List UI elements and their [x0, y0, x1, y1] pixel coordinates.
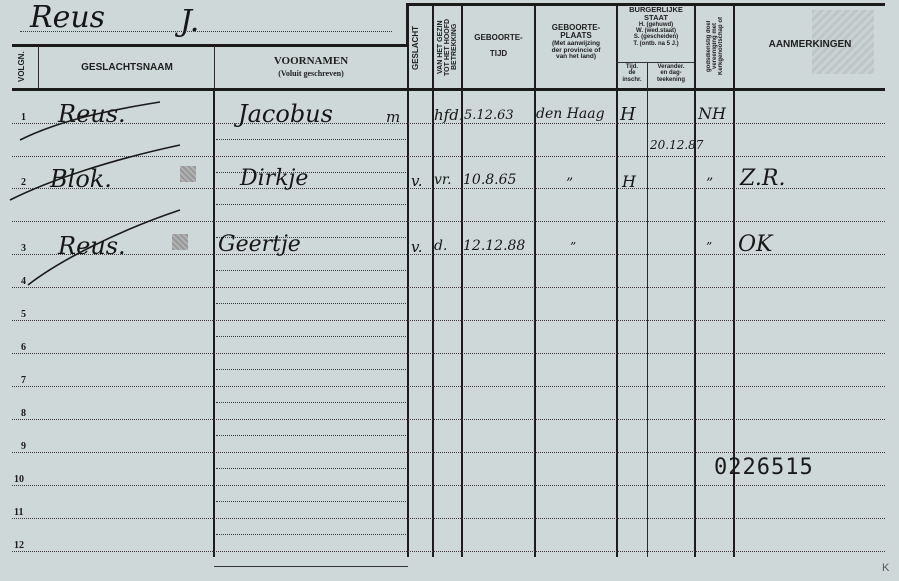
title-underline — [20, 31, 392, 32]
row-number: 12 — [14, 540, 24, 551]
row2-birth-date: 10.8.65 — [463, 172, 516, 188]
kerk-line: vereeniging met — [712, 6, 718, 86]
betrekking-line: BETREKKING — [451, 8, 458, 86]
corner-mark: K — [882, 562, 889, 574]
row-line — [12, 353, 885, 354]
header-top-rule-left — [12, 44, 408, 47]
pen-strokes — [0, 90, 220, 290]
row2-sex: v. — [411, 172, 422, 190]
burgerlijke-line: STAAT — [618, 14, 694, 22]
voornamen-subline — [216, 270, 406, 271]
col-divider — [534, 4, 536, 557]
voornamen-subline — [216, 501, 406, 502]
row3-sex: v. — [411, 238, 422, 256]
col-divider — [407, 4, 409, 557]
row1-sex: m — [386, 108, 400, 126]
voornamen-subline — [216, 435, 406, 436]
row2-given-names: Dirkje — [240, 166, 308, 191]
col-header-betrekking: BETREKKING TOT HET HOOFD VAN HET GEZIN — [434, 8, 461, 88]
voornamen-subline — [216, 402, 406, 403]
row-line — [12, 485, 885, 486]
row2-remarks: Z.R. — [740, 166, 785, 191]
row1-relation: hfd. — [434, 106, 464, 124]
col-divider — [616, 4, 618, 557]
row3-given-names: Geertje — [218, 232, 301, 257]
row2-civil-status: H — [622, 172, 636, 191]
betrekking-line: VAN HET GEZIN — [437, 8, 444, 86]
col-divider — [214, 46, 215, 88]
row3-birth-place: ” — [570, 240, 576, 254]
row-line — [12, 419, 885, 420]
row2-birth-place: ” — [566, 176, 573, 192]
col-header-burgerlijke-staat: BURGERLIJKE STAAT H. (gehuwd) W. (wed.st… — [618, 6, 694, 47]
row1-religion: NH — [698, 104, 726, 123]
col-header-aanmerkingen: AANMERKINGEN — [735, 40, 885, 51]
row3-birth-date: 12.12.88 — [463, 238, 525, 254]
kerk-line: godsdienstig doel — [706, 6, 712, 86]
population-register-card: Reus J. VOLGN. GESLACHTSNAAM VOORNAMEN (… — [0, 0, 899, 581]
betrekking-line: TOT HET HOOFD — [444, 8, 451, 86]
row-line — [12, 551, 885, 552]
col-header-voornamen: VOORNAMEN — [216, 56, 406, 68]
row3-relation: d. — [434, 238, 447, 254]
col-header-geslacht: GESLACHT — [412, 14, 430, 82]
row1-civil-status: H — [620, 104, 636, 125]
row-line — [12, 452, 885, 453]
card-family-name: Reus — [30, 0, 105, 35]
col-divider — [647, 63, 648, 557]
verander-line: teekening — [648, 77, 694, 83]
voornamen-subline — [216, 303, 406, 304]
row-number: 6 — [21, 342, 26, 353]
row3-religion: ” — [706, 240, 712, 254]
row-number: 11 — [14, 507, 23, 518]
col-header-geslachtsnaam: GESLACHTSNAAM — [40, 63, 214, 74]
voornamen-bottom — [214, 566, 408, 567]
row1-given-names: Jacobus — [238, 100, 333, 128]
row3-remarks: OK — [738, 232, 772, 257]
col-header-voornamen-sub: (Voluit geschreven) — [216, 70, 406, 78]
col-header-verandering: Verander. en dag- teekening — [648, 64, 694, 83]
row-line — [12, 320, 885, 321]
row2-relation: vr. — [434, 172, 452, 188]
row-number: 10 — [14, 474, 24, 485]
row-number: 5 — [21, 309, 26, 320]
voornamen-subline — [216, 534, 406, 535]
row-number: 9 — [21, 441, 26, 452]
row-line — [12, 518, 885, 519]
voornamen-subline — [216, 336, 406, 337]
row-number: 8 — [21, 408, 26, 419]
row1-civil-change-date: 20.12.87 — [650, 138, 703, 152]
col-header-geboorteplaats: GEBOORTE- PLAATS (Met aanwijzing der pro… — [536, 24, 616, 61]
card-initial: J. — [180, 4, 199, 39]
col-header-geboortetijd-2: TIJD — [463, 50, 534, 58]
row1-birth-date: 5.12.63 — [464, 108, 514, 123]
col-divider — [461, 4, 463, 557]
row-line — [12, 386, 885, 387]
col-header-geboortetijd-1: GEBOORTE- — [463, 34, 534, 42]
tijd-line: inschr. — [617, 77, 647, 83]
col-header-volgnr: VOLGN. — [18, 48, 32, 86]
row-number: 7 — [21, 375, 26, 386]
burgerlijke-line: T. (ontb. na 5 J.) — [618, 41, 694, 47]
row1-birth-place: den Haag — [536, 106, 605, 122]
voornamen-subline — [216, 139, 406, 140]
subheader-rule — [617, 62, 694, 63]
row2-religion: ” — [706, 176, 713, 192]
geboorteplaats-line: van het land) — [536, 54, 616, 61]
col-header-kerkgenootschap: Kerkgenootschap of vereeniging met godsd… — [696, 6, 733, 88]
voornamen-subline — [216, 204, 406, 205]
serial-number: 0226515 — [714, 455, 814, 480]
col-header-tijd-inschr: Tijd. de inschr. — [617, 64, 647, 83]
voornamen-subline — [216, 369, 406, 370]
kerk-line: Kerkgenootschap of — [718, 6, 724, 86]
col-divider — [38, 46, 39, 88]
voornamen-subline — [216, 468, 406, 469]
